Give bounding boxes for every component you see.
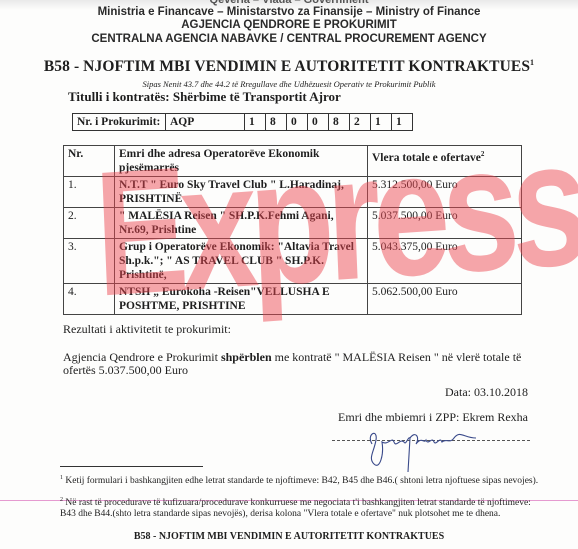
table-row: 4. NTSH „ Eurokoha -Reisen"VELLUSHA E PO… (64, 284, 522, 315)
row-value: 5.037.500,00 Euro (368, 208, 522, 239)
header-nr: Nr. (64, 146, 115, 177)
procurement-digit: 1 (392, 114, 413, 131)
value-footnote-mark: 2 (481, 150, 485, 158)
footer-title: B58 - NJOFTIM MBI VENDIMIN E AUTORITETIT… (0, 531, 578, 542)
signature-icon (364, 424, 484, 474)
result-text-before: Agjencia Qendrore e Prokurimit (63, 350, 221, 364)
procurement-digit: 8 (329, 114, 350, 131)
row-nr: 2. (64, 208, 115, 239)
row-nr: 3. (64, 239, 115, 284)
footnote-rule (60, 466, 203, 467)
table-row: 2. " MALËSIA Reisen " SH.P.K.Fehmi Agani… (64, 208, 522, 239)
procurement-digit: 8 (266, 114, 287, 131)
procurement-code: AQP (166, 114, 245, 131)
procurement-digit: 2 (350, 114, 371, 131)
footnote-2-text: Në rast të procedurave të kufizuara/proc… (60, 498, 531, 519)
document-title-text: B58 - NJOFTIM MBI VENDIMIN E AUTORITETIT… (44, 58, 530, 75)
result-text: Agjencia Qendrore e Prokurimit shpërblen… (63, 351, 539, 377)
result-label: Rezultati i aktivitetit te prokurimit: (63, 322, 231, 337)
header-name: Emri dhe adresa Operatorëve Ekonomik pje… (115, 146, 368, 177)
header-ministry: Ministria e Financave – Ministarstvo za … (0, 6, 578, 18)
header-value-text: Vlera totale e ofertave (372, 152, 481, 164)
procurement-number-table: Nr. i Prokurimit: AQP 1 8 0 0 8 2 1 1 (72, 113, 413, 131)
header-agency-sq: AGJENCIA QENDRORE E PROKURIMIT (0, 19, 578, 31)
row-operator: NTSH „ Eurokoha -Reisen"VELLUSHA E POSHT… (115, 284, 368, 315)
row-operator: " MALËSIA Reisen " SH.P.K.Fehmi Agani, N… (115, 208, 368, 239)
procurement-digit: 0 (308, 114, 329, 131)
decision-date: Data: 03.10.2018 (445, 385, 528, 400)
row-nr: 1. (64, 177, 115, 208)
procurement-digit: 1 (245, 114, 266, 131)
row-operator: Grup i Operatorëve Ekonomik: "Altavia Tr… (115, 239, 368, 284)
document-subtitle: Sipas Nenit 43.7 dhe 44.2 të Rregullave … (0, 79, 578, 89)
header-value: Vlera totale e ofertave2 (368, 146, 522, 177)
contract-title: Titulli i kontratës: Shërbime të Transpo… (68, 89, 341, 105)
procurement-digit: 0 (287, 114, 308, 131)
table-row: 3. Grup i Operatorëve Ekonomik: "Altavia… (64, 239, 522, 284)
footnote-1-text: Ketij formulari i bashkangjiten edhe let… (63, 476, 538, 486)
zpp-name: Emri dhe mbiemri i ZPP: Ekrem Rexha (338, 410, 528, 425)
row-operator: N.T.T " Euro Sky Travel Club " L.Haradin… (115, 177, 368, 208)
title-footnote-mark: 1 (530, 58, 534, 67)
procurement-number-label: Nr. i Prokurimit: (73, 114, 166, 131)
header-agency-other: CENTRALNA AGENCIA NABAVKE / CENTRAL PROC… (0, 33, 578, 45)
bids-table-header: Nr. Emri dhe adresa Operatorëve Ekonomik… (64, 146, 522, 177)
footnote-1: 1 Ketij formulari i bashkangjiten edhe l… (60, 473, 540, 487)
row-value: 5.043.375,00 Euro (368, 239, 522, 284)
row-nr: 4. (64, 284, 115, 315)
bids-table: Nr. Emri dhe adresa Operatorëve Ekonomik… (63, 145, 522, 315)
table-row: 1. N.T.T " Euro Sky Travel Club " L.Hara… (64, 177, 522, 208)
footnote-2: 2 Në rast të procedurave të kufizuara/pr… (60, 495, 540, 519)
document-title: B58 - NJOFTIM MBI VENDIMIN E AUTORITETIT… (0, 58, 578, 76)
row-value: 5.312.500,00 Euro (368, 177, 522, 208)
row-value: 5.062.500,00 Euro (368, 284, 522, 315)
result-text-bold: shpërblen (221, 350, 272, 364)
procurement-digit: 1 (371, 114, 392, 131)
